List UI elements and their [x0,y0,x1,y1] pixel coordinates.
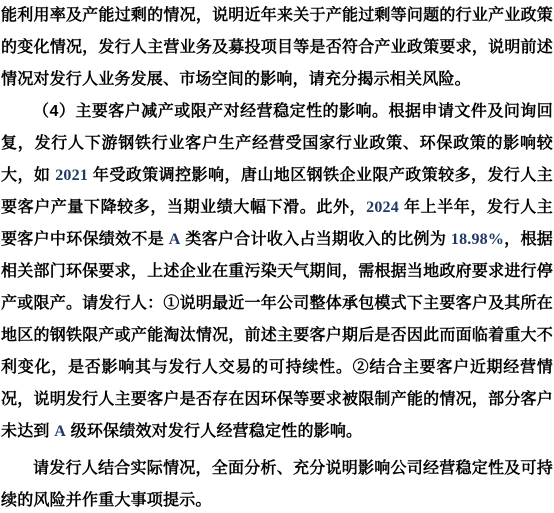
document-body: 能利用率及产能过剩的情况，说明近年来关于产能过剩等问题的行业产业政策的变化情况，… [1,0,553,513]
text-run: 请发行人结合实际情况，全面分析、充分说明影响公司经营稳定性及可持续的风险并作重大… [1,460,553,509]
highlighted-number: A [54,423,66,440]
text-run: 能利用率及产能过剩的情况，说明近年来关于产能过剩等问题的行业产业政策的变化情况，… [1,7,553,88]
paragraph: 能利用率及产能过剩的情况，说明近年来关于产能过剩等问题的行业产业政策的变化情况，… [1,0,553,96]
highlighted-number: 2021 [55,167,88,184]
text-run: 级环保绩效对发行人经营稳定性的影响。 [66,423,362,440]
text-run: 类客户合计收入占当期收入的比例为 [181,231,451,248]
highlighted-number: 2024 [366,199,399,216]
paragraph: 请发行人结合实际情况，全面分析、充分说明影响公司经营稳定性及可持续的风险并作重大… [1,453,553,513]
highlighted-number: 18.98% [451,231,504,248]
document-page: 能利用率及产能过剩的情况，说明近年来关于产能过剩等问题的行业产业政策的变化情况，… [0,0,554,513]
paragraph: （4）主要客户减产或限产对经营稳定性的影响。根据申请文件及问询回复，发行人下游钢… [1,96,553,448]
text-run: ，根据相关部门环保要求，上述企业在重污染天气期间，需根据当地政府要求进行停产或限… [1,231,553,440]
highlighted-number: A [169,231,181,248]
